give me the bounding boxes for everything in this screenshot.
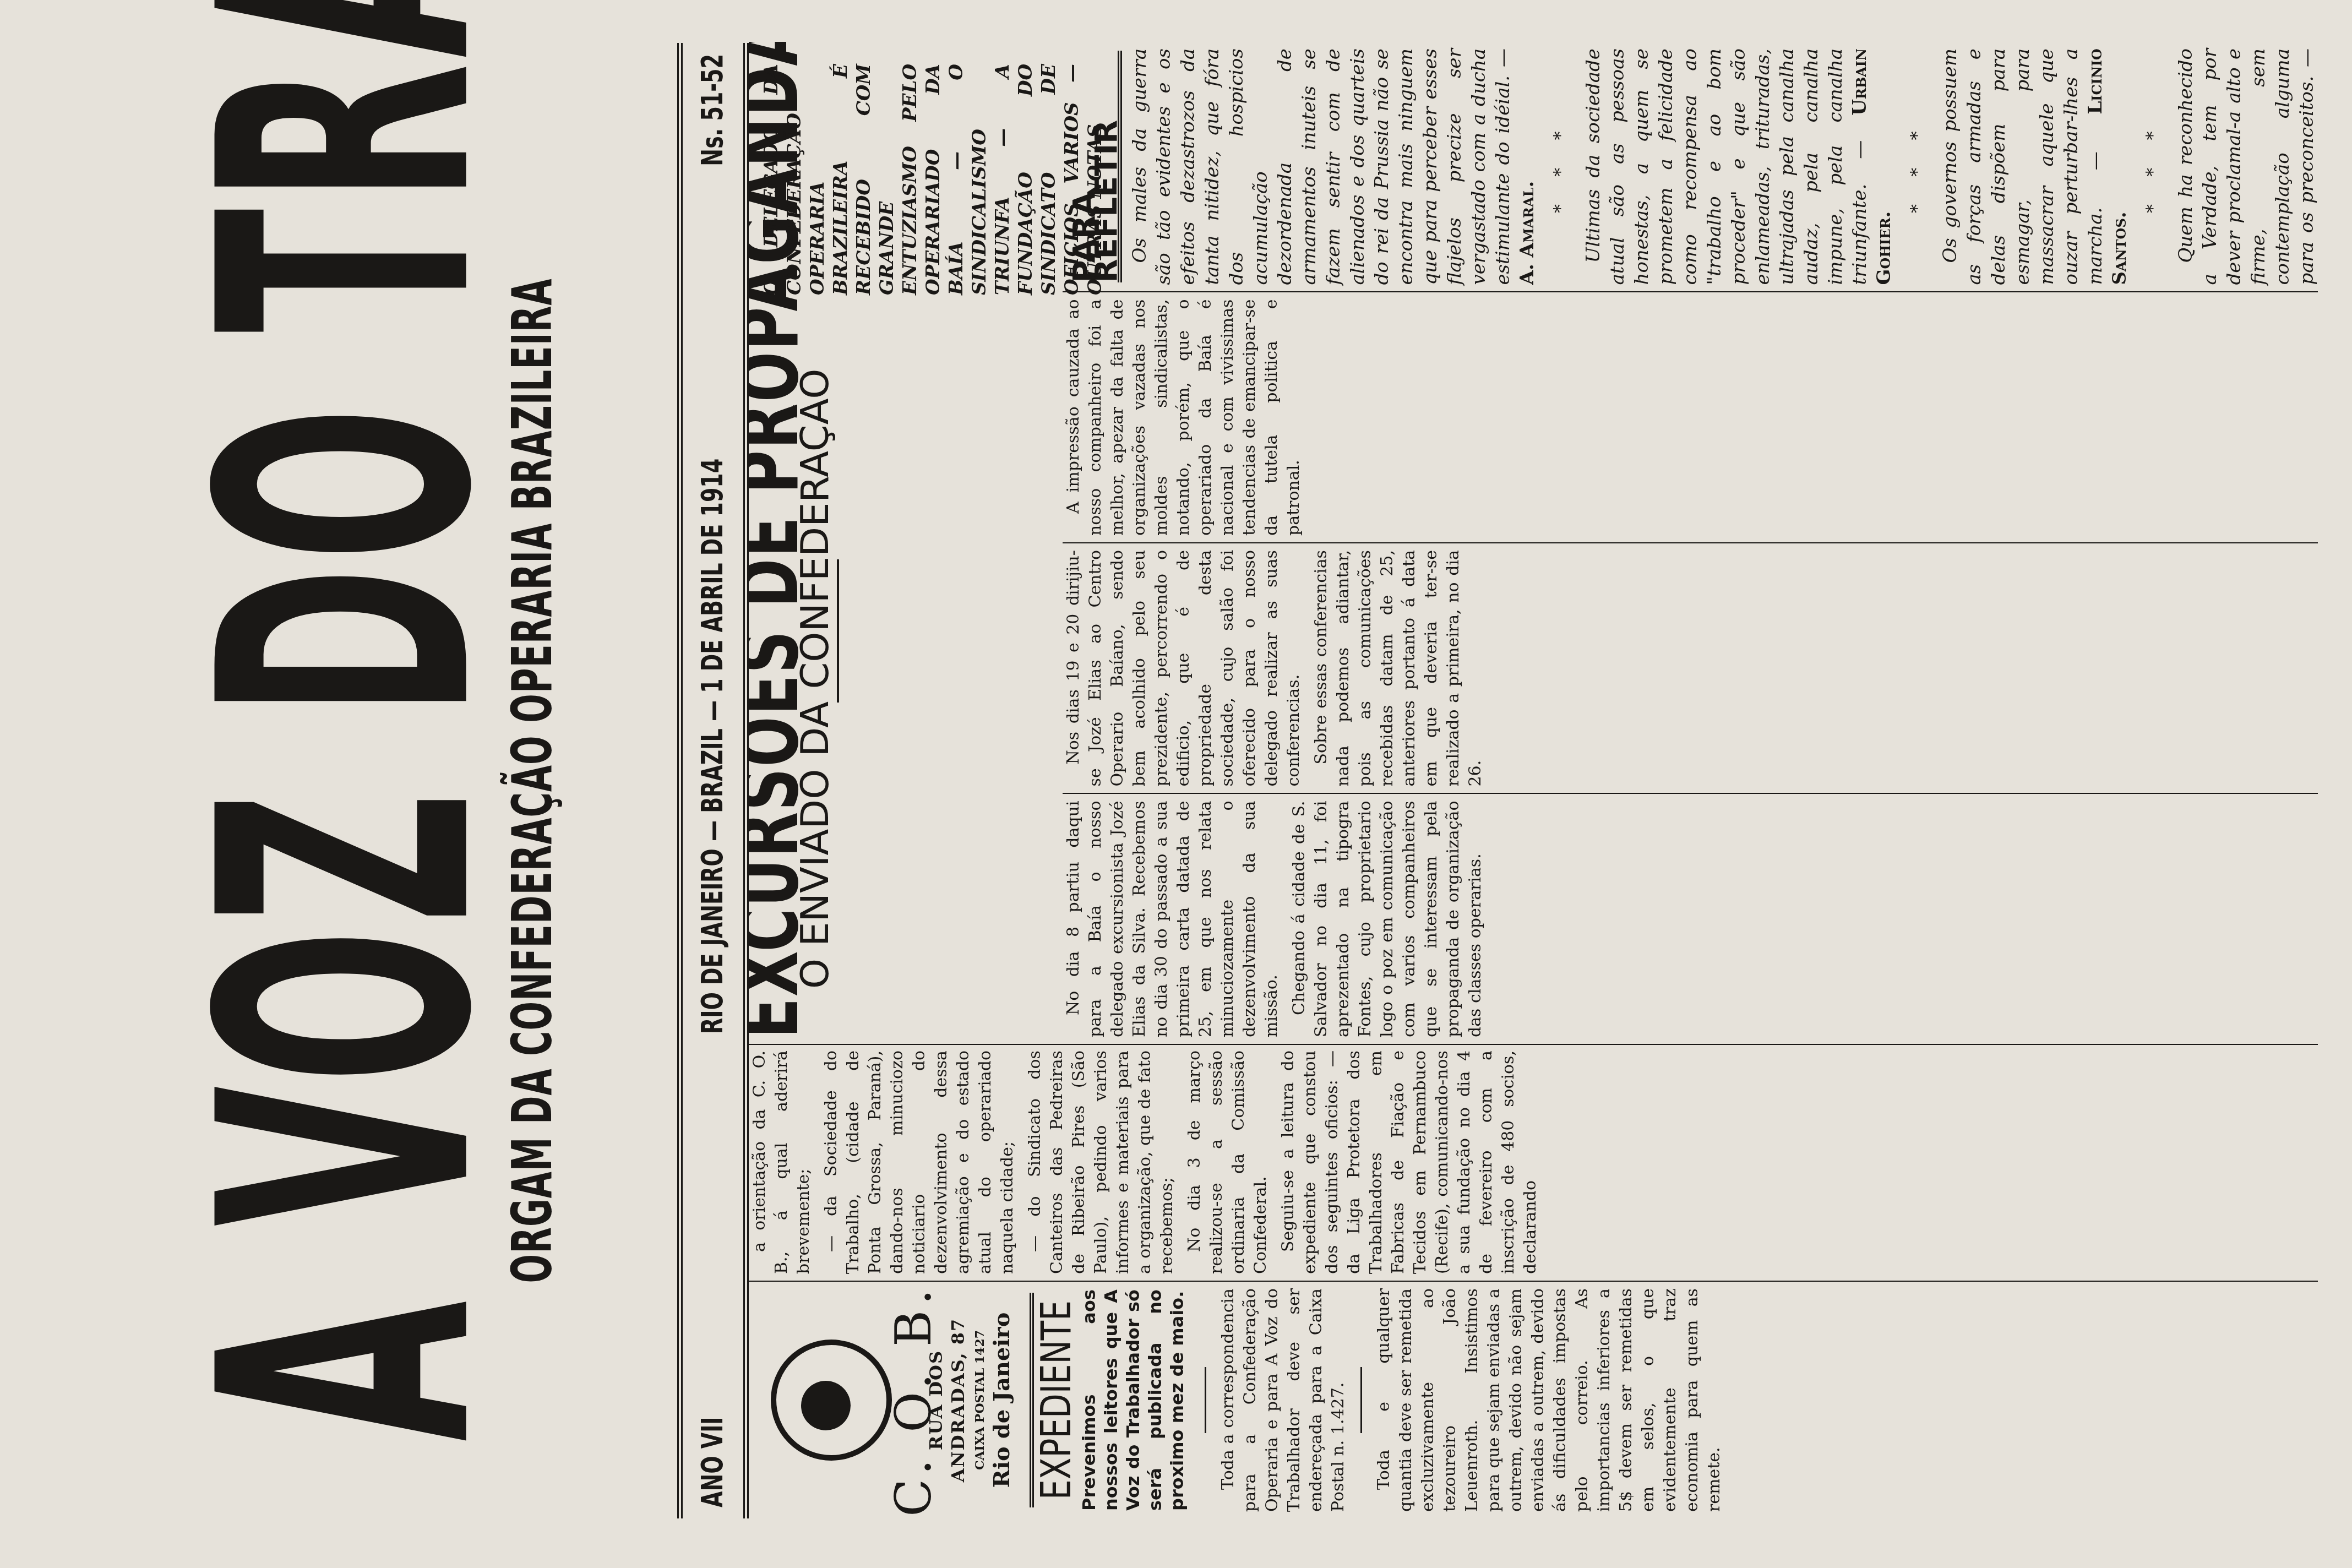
session-paragraph: — do Sindicato dos Canteiros das Pedreir… xyxy=(1024,1050,1178,1274)
expediente-paragraph: Toda a correspondencia para a Confederaç… xyxy=(1217,1288,1349,1512)
cob-city: Rio de Janeiro xyxy=(991,1282,1013,1518)
cob-name: C. O. B. xyxy=(903,1282,925,1518)
expediente-heading: EXPEDIENTE xyxy=(1042,1282,1070,1518)
quote-text: Os males da guerra são tão evidentes e o… xyxy=(1129,48,1514,285)
session-paragraph: a orientação da C. O. B., á qual aderirá… xyxy=(749,1050,815,1274)
expediente-paragraph: Toda e qualquer quantia deve ser remetid… xyxy=(1373,1288,1725,1512)
seal-icon xyxy=(771,1340,892,1461)
article-summary: O DELEGADO DA CONFEDERAÇÃO OPERARIA BRAZ… xyxy=(760,64,1107,295)
short-rule xyxy=(1205,1367,1206,1433)
cob-caixa-postal: CAIXA POSTAL 1427 xyxy=(969,1282,991,1518)
masthead: A VOZ DO TRABALHADOR ORGAM DA CONFEDERAÇ… xyxy=(33,43,584,1518)
issue-number: Ns. 51-52 xyxy=(695,54,729,166)
separator: * * * xyxy=(1549,42,1571,292)
separator: * * * xyxy=(1906,42,1928,292)
short-rule xyxy=(1360,1367,1362,1433)
year-label: ANO VII xyxy=(695,1417,729,1507)
article-paragraph: Sobre essas conferencias nada podemos ad… xyxy=(1310,550,1487,787)
para-refletir: PARA REFLETIR Os males da guerra são tão… xyxy=(1063,42,2318,293)
separator: * * * xyxy=(2142,42,2164,292)
dateline: ANO VII RIO DE JANEIRO — BRAZIL — 1 DE A… xyxy=(677,43,749,1518)
article-col: A impressão cauzada ao nosso companheiro… xyxy=(1063,293,2318,544)
place-date: RIO DE JANEIRO — BRAZIL — 1 DE ABRIL DE … xyxy=(695,459,729,1034)
article-area: EXCURSÕES DE PROPAGANDA O ENVIADO DA CON… xyxy=(749,42,2318,1045)
article-paragraph: Chegando á cidade de S. Salvador no dia … xyxy=(1288,801,1487,1038)
session-paragraph: — da Sociedade do Trabalho, (cidade de P… xyxy=(820,1050,1019,1274)
column-cob: C. O. B. RUA DOS ANDRADAS, 87 CAIXA POST… xyxy=(749,1282,2318,1518)
session-paragraph: Seguiu-se a leitura do expediente que co… xyxy=(1277,1050,1542,1274)
article-paragraph: A impressão cauzada ao nosso companheiro… xyxy=(1063,300,1305,536)
quote-text: Ultimas da sociedade atual são as pessoa… xyxy=(1582,48,1871,285)
newspaper-subtitle: ORGAM DA CONFEDERAÇÃO OPERARIA BRAZILEIR… xyxy=(500,43,564,1518)
article-col: No dia 8 partiu daqui para a Baía o noss… xyxy=(1063,794,2318,1044)
column-sessions: a orientação da C. O. B., á qual aderirá… xyxy=(749,1044,2318,1282)
article-columns: No dia 8 partiu daqui para a Baía o noss… xyxy=(1063,42,2318,1044)
article-paragraph: Nos dias 19 e 20 dirijiu-se Jozé Elias a… xyxy=(1063,550,1305,787)
columns-area: C. O. B. RUA DOS ANDRADAS, 87 CAIXA POST… xyxy=(749,43,2318,1518)
newspaper-page: A VOZ DO TRABALHADOR ORGAM DA CONFEDERAÇ… xyxy=(0,0,2352,1568)
article-paragraph: No dia 8 partiu daqui para a Baía o noss… xyxy=(1063,801,1283,1038)
quote-text: Quem ha reconhecido a Verdade, tem por d… xyxy=(2175,48,2318,285)
article-col: Nos dias 19 e 20 dirijiu-se Jozé Elias a… xyxy=(1063,543,2318,794)
quote-author: A. Amaral. xyxy=(1516,181,1538,285)
cob-box: C. O. B. RUA DOS ANDRADAS, 87 CAIXA POST… xyxy=(749,1282,1013,1518)
expediente-lead: Prevenimos aos nossos leitores que A Voz… xyxy=(1078,1289,1188,1511)
quote-text: Os governos possuem as forças armadas e … xyxy=(1939,48,2106,285)
session-paragraph: No dia 3 de março realizou-se a sessão o… xyxy=(1184,1050,1272,1274)
